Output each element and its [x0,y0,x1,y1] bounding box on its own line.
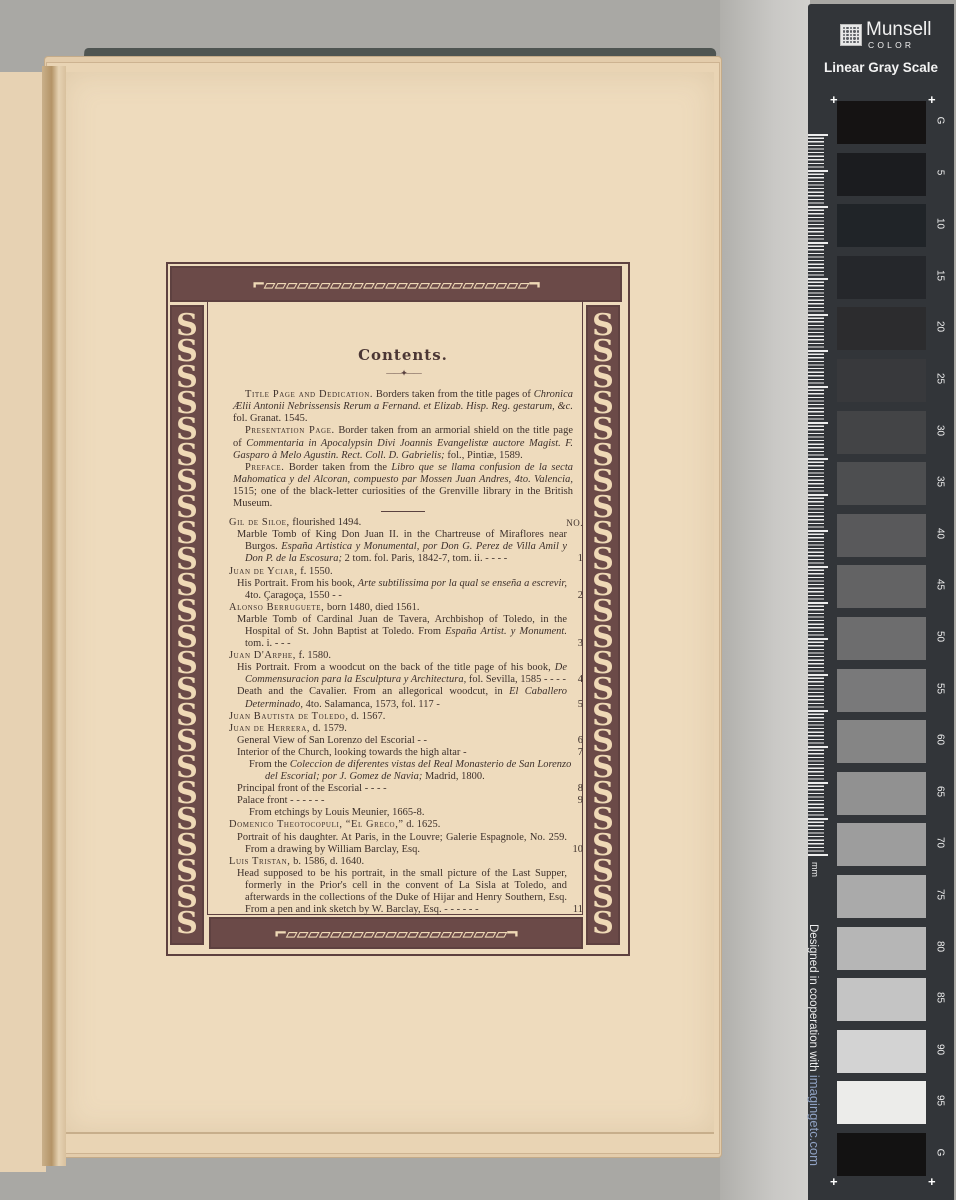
registration-plus-icon: + [830,1174,838,1189]
gray-patch [837,1030,926,1073]
patch-label: 10 [935,212,946,236]
ruler-major-tick [808,134,828,136]
plate-number: 11 [567,904,583,916]
cooperation-credit: Designed in cooperation with imagingetc.… [807,924,822,1166]
plate-number: 10 [567,844,583,856]
ruler-major-tick [808,638,828,640]
background [720,0,810,1200]
artist-heading: Alonso Berruguete, born 1480, died 1561. [229,602,573,614]
gray-patch [837,669,926,712]
ruler-major-tick [808,566,828,568]
list-item: Interior of the Church, looking towards … [233,747,573,759]
patch-label: 5 [935,160,946,184]
plate-number: 3 [567,638,583,650]
front-matter-title-page: Title Page and Dedication. Borders taken… [233,389,573,425]
ruler-major-tick [808,746,828,748]
gray-patch [837,256,926,299]
patch-label: 15 [935,263,946,287]
patch-label: 40 [935,521,946,545]
ruler-major-tick [808,674,828,676]
section-rule [381,511,425,512]
ruler-unit-label: mm [810,862,820,877]
registration-plus-icon: + [928,92,936,107]
artist-heading: Juan de Yciar, f. 1550. [229,566,573,578]
patch-label: 70 [935,831,946,855]
key-pattern-top: ⌐▱▱▱▱▱▱▱▱▱▱▱▱▱▱▱▱▱▱▱▱▱▱▱▱¬ [252,272,539,296]
patch-label: 25 [935,367,946,391]
plate-number: 1 [567,553,583,565]
brand-name: Munsell [866,20,931,40]
ruler-major-tick [808,350,828,352]
list-item: General View of San Lorenzo del Escorial… [233,735,573,747]
artist-heading: Luis Tristan, b. 1586, d. 1640. [229,856,573,868]
registration-plus-icon: + [928,1174,936,1189]
left-border-band: SSSSSSSSSSSSSSSSSSSSSSSS [170,305,204,945]
ruler-major-tick [808,530,828,532]
source-note: From the Coleccion de diferentes vistas … [233,759,573,783]
rope-pattern-right: SSSSSSSSSSSSSSSSSSSSSSSS [592,313,614,937]
gray-patch [837,617,926,660]
gray-patch [837,875,926,918]
patch-label: 65 [935,779,946,803]
bottom-border-band: ⌐▱▱▱▱▱▱▱▱▱▱▱▱▱▱▱▱▱▱▱▱¬ [209,917,583,949]
ruler-major-tick [808,314,828,316]
gray-patch [837,359,926,402]
top-border-band: ⌐▱▱▱▱▱▱▱▱▱▱▱▱▱▱▱▱▱▱▱▱▱▱▱▱¬ [170,266,622,302]
ornament-divider: ——✦—— [233,367,573,379]
gray-patch [837,411,926,454]
ruler-major-tick [808,206,828,208]
list-item: Head supposed to be his portrait, in the… [233,868,573,916]
gray-patch [837,927,926,970]
ruler-major-tick [808,422,828,424]
munsell-gray-scale-card: Munsell COLOR Linear Gray Scale + + + + … [808,4,954,1200]
list-item: Marble Tomb of Cardinal Juan de Tavera, … [233,614,573,650]
gray-patch [837,204,926,247]
patch-label: 75 [935,883,946,907]
ruler-major-tick [808,386,828,388]
patch-label: 45 [935,573,946,597]
artist-heading: Juan de Herrera, d. 1579. [229,723,573,735]
plate-number: 9 [567,795,583,807]
list-item: Principal front of the Escorial - - - - … [233,783,573,795]
gray-patch [837,514,926,557]
list-item: Palace front - - - - - - 9 [233,795,573,807]
patch-label: 80 [935,934,946,958]
patch-label: 60 [935,728,946,752]
patch-label: G [935,1141,946,1165]
gray-patch [837,978,926,1021]
front-matter-presentation-page: Presentation Page. Border taken from an … [233,425,573,461]
list-item: Marble Tomb of King Don Juan II. in the … [233,529,573,565]
gray-patch [837,307,926,350]
munsell-logo-icon [840,24,862,46]
list-item: Portrait of his daughter. At Paris, in t… [233,832,573,856]
list-item: His Portrait. From his book, Arte subtil… [233,578,573,602]
patch-label: 90 [935,1037,946,1061]
ruler-major-tick [808,782,828,784]
rope-pattern-left: SSSSSSSSSSSSSSSSSSSSSSSS [176,313,198,937]
plate-number: 5 [567,699,583,711]
gray-patch [837,101,926,144]
page-title: Contents. [233,349,573,361]
patch-label: 95 [935,1089,946,1113]
patch-label: 20 [935,315,946,339]
gray-patch [837,772,926,815]
patch-label: 85 [935,986,946,1010]
contents-block: Contents. ——✦—— Title Page and Dedicatio… [233,345,573,916]
brand-subtitle: COLOR [868,40,914,50]
ruler-major-tick [808,170,828,172]
ruler-major-tick [808,458,828,460]
gray-patch [837,565,926,608]
ruler-major-tick [808,494,828,496]
ruler-major-tick [808,854,828,856]
book-gutter [42,66,66,1166]
gray-patch [837,1133,926,1176]
plate-number: 2 [567,590,583,602]
artist-heading: Juan D'Arphe, f. 1580. [229,650,573,662]
front-matter-preface: Preface. Border taken from the Libro que… [233,462,573,510]
plate-number: 7 [567,747,583,759]
ruler-major-tick [808,710,828,712]
right-border-band: SSSSSSSSSSSSSSSSSSSSSSSS [586,305,620,945]
list-item: His Portrait. From a woodcut on the back… [233,662,573,686]
key-pattern-bottom: ⌐▱▱▱▱▱▱▱▱▱▱▱▱▱▱▱▱▱▱▱▱¬ [275,921,518,945]
artist-heading: Gil de Siloe, flourished 1494. NO. [229,517,573,529]
patch-label: 55 [935,676,946,700]
artist-heading: Juan Bautista de Toledo, d. 1567. [229,711,573,723]
gray-patch [837,720,926,763]
patch-label: G [935,109,946,133]
patch-label: 35 [935,470,946,494]
ruler-major-tick [808,278,828,280]
patch-label: 30 [935,418,946,442]
plate-number: 6 [567,735,583,747]
number-column-label: NO. [566,517,583,529]
scale-title: Linear Gray Scale [808,60,954,75]
artist-heading: Domenico Theotocopuli, “El Greco,” d. 16… [229,819,573,831]
gray-patch [837,462,926,505]
source-note: From etchings by Louis Meunier, 1665-8. [233,807,573,819]
plate-number: 8 [567,783,583,795]
gray-patch [837,823,926,866]
gray-patch [837,153,926,196]
ruler-major-tick [808,242,828,244]
list-item: Death and the Cavalier. From an allegori… [233,686,573,710]
ruler-major-tick [808,818,828,820]
left-page-edge [0,72,46,1172]
plate-number: 4 [567,674,583,686]
gray-patch [837,1081,926,1124]
ruler-major-tick [808,602,828,604]
patch-label: 50 [935,625,946,649]
